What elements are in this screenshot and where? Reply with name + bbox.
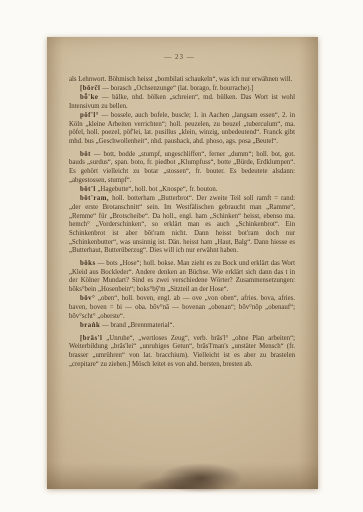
headword: bōt bbox=[80, 151, 91, 158]
dictionary-paragraph: pöf'l° — bossele, auch bofele, buscle; 1… bbox=[69, 112, 295, 147]
dictionary-paragraph: [brās'l „Unruhe“, „wertloses Zeug“, verb… bbox=[69, 335, 295, 370]
page-shadow-smudge bbox=[159, 463, 243, 493]
page-number: — 23 — bbox=[47, 53, 312, 61]
headword: pöf'l° bbox=[80, 112, 99, 119]
headword: bōt'ram, bbox=[80, 195, 109, 202]
dictionary-paragraph: bōt'ram, holl. botterham „Butterbrot“. D… bbox=[69, 195, 295, 256]
dictionary-paragraph: [bōrčī — borasch „Ochsenzunge“ (lat. bor… bbox=[69, 85, 295, 94]
dictionary-paragraph: braṅk — brand „Brennmaterial“. bbox=[69, 322, 295, 331]
dictionary-paragraph: als Lehnwort. Böhmisch heisst „bombilati… bbox=[69, 76, 295, 85]
headword: bōv° bbox=[80, 295, 95, 302]
dictionary-paragraph: bōt — bott, bodde „stumpf, ungeschliffen… bbox=[69, 151, 295, 186]
headword: bōt'l bbox=[80, 186, 96, 193]
headword: bȫ'ke bbox=[80, 94, 98, 101]
headword: [bōrčī bbox=[80, 85, 100, 92]
dictionary-paragraph: bōt'l „Hagebutte“, holl. bot „Knospe“, f… bbox=[69, 186, 295, 195]
headword: braṅk bbox=[80, 322, 100, 329]
dictionary-paragraph: bōv° „oben“, holl. boven, engl. ab — ove… bbox=[69, 295, 295, 321]
text-block: als Lehnwort. Böhmisch heisst „bombilati… bbox=[69, 75, 295, 370]
book-page: — 23 — als Lehnwort. Böhmisch heisst „bo… bbox=[47, 37, 318, 489]
headword: bōks bbox=[80, 260, 96, 267]
headword: [brās'l bbox=[80, 335, 102, 342]
dictionary-paragraph: bōks — bots „Hose“; holl. bokse. Man zie… bbox=[69, 260, 295, 295]
dictionary-paragraph: bȫ'ke — bälke, nhd. bölken „schreien“, m… bbox=[69, 94, 295, 111]
scan-background: — 23 — als Lehnwort. Böhmisch heisst „bo… bbox=[0, 0, 363, 512]
